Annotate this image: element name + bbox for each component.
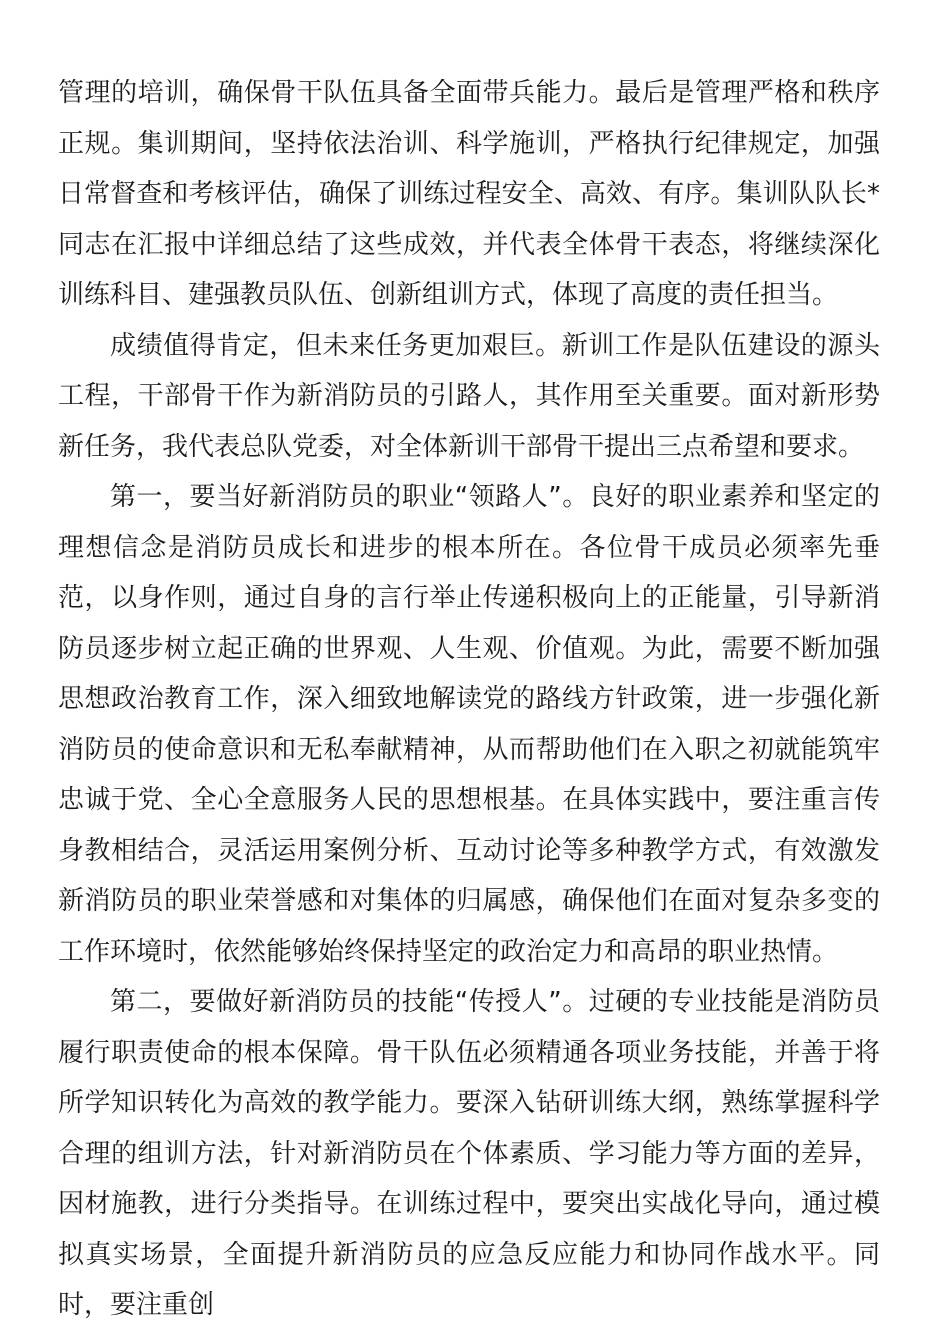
paragraph-4: 第二，要做好新消防员的技能“传授人”。过硬的专业技能是消防员履行职责使命的根本保… — [58, 977, 880, 1331]
paragraph-3: 第一，要当好新消防员的职业“领路人”。良好的职业素养和坚定的理想信念是消防员成长… — [58, 472, 880, 977]
document-page: 管理的培训，确保骨干队伍具备全面带兵能力。最后是管理严格和秩序正规。集训期间，坚… — [58, 68, 880, 1331]
paragraph-1: 管理的培训，确保骨干队伍具备全面带兵能力。最后是管理严格和秩序正规。集训期间，坚… — [58, 68, 880, 321]
paragraph-2: 成绩值得肯定，但未来任务更加艰巨。新训工作是队伍建设的源头工程，干部骨干作为新消… — [58, 321, 880, 473]
